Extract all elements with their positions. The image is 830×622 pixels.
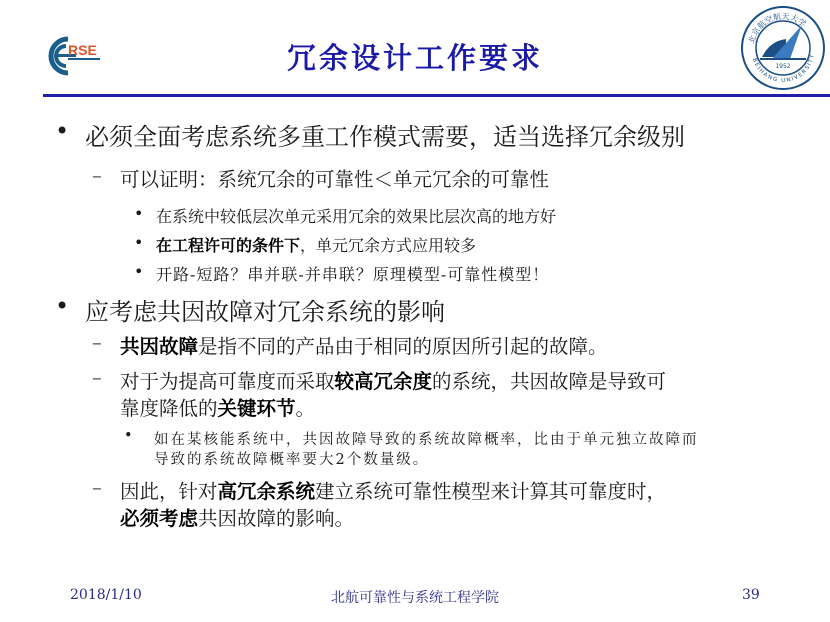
example-bullet: • 如在某核能系统中，共因故障导致的系统故障概率，比由于单元独立故障而	[124, 428, 699, 449]
sub-bullet: – 因此，针对高冗余系统建立系统可靠性模型来计算其可靠度时，	[92, 476, 666, 504]
bullet-level1: • 应考虑共因故障对冗余系统的影响	[55, 292, 445, 327]
sub-sub-bullet: • 在工程许可的条件下，单元冗余方式应用较多	[134, 233, 476, 256]
emphasis-text: 关键环节	[218, 397, 296, 420]
text-span: 因此，针对	[120, 480, 218, 503]
example-text: 如在某核能系统中，共因故障导致的系统故障概率，比由于单元独立故障而	[154, 432, 699, 448]
emphasis-text: 较高冗余度	[335, 370, 433, 393]
page-number: 39	[742, 587, 760, 603]
dash-marker: –	[92, 476, 102, 499]
sub-bullet-continuation: 靠度降低的关键环节。	[120, 393, 315, 421]
bullet-marker: •	[134, 233, 143, 252]
sub-bullet: – 对于为提高可靠度而采取较高冗余度的系统，共因故障是导致可	[92, 366, 666, 394]
slide-title: 冗余设计工作要求	[0, 36, 830, 77]
sub-bullet-continuation: 必须考虑共因故障的影响。	[120, 503, 354, 531]
svg-text:1952: 1952	[775, 63, 790, 70]
sub-sub-bullet: • 在系统中较低层次单元采用冗余的效果比层次高的地方好	[134, 204, 556, 227]
text-span: 对于为提高可靠度而采取	[120, 370, 335, 393]
bullet-level1: • 必须全面考虑系统多重工作模式需要，适当选择冗余级别	[55, 117, 685, 152]
item-text: 开路-短路？串并联-并串联？原理模型-可靠性模型！	[156, 265, 549, 284]
text-span: 的系统，共因故障是导致可	[432, 370, 666, 393]
bullet-text: 应考虑共因故障对冗余系统的影响	[85, 298, 445, 326]
sub-bullet: – 共因故障是指不同的产品由于相同的原因所引起的故障。	[92, 331, 608, 359]
sub-bullet-text: 是指不同的产品由于相同的原因所引起的故障。	[198, 335, 608, 358]
sub-bullet-text: 可以证明：系统冗余的可靠性＜单元冗余的可靠性	[120, 168, 549, 191]
emphasis-text: 在工程许可的条件下	[156, 236, 300, 255]
emphasis-text: 共因故障	[120, 335, 198, 358]
buaa-emblem-icon: 1952 北京航空航天大学 BEIHANG UNIVERSITY	[740, 5, 826, 91]
text-span: 靠度降低的	[120, 397, 218, 420]
item-text: 在系统中较低层次单元采用冗余的效果比层次高的地方好	[156, 207, 556, 226]
dash-marker: –	[92, 366, 102, 389]
title-divider	[43, 94, 830, 97]
sub-bullet: – 可以证明：系统冗余的可靠性＜单元冗余的可靠性	[92, 164, 549, 192]
dash-marker: –	[92, 331, 102, 354]
sub-sub-bullet: • 开路-短路？串并联-并串联？原理模型-可靠性模型！	[134, 262, 549, 285]
text-span: 。	[296, 397, 316, 420]
text-span: 建立系统可靠性模型来计算其可靠度时，	[315, 480, 666, 503]
bullet-text: 必须全面考虑系统多重工作模式需要，适当选择冗余级别	[85, 123, 685, 151]
bullet-marker: •	[55, 117, 69, 145]
example-continuation: 导致的系统故障概率要大2个数量级。	[154, 448, 429, 469]
bullet-marker: •	[55, 292, 69, 320]
bullet-marker: •	[134, 262, 144, 281]
bullet-marker: •	[124, 428, 135, 444]
emphasis-text: 高冗余系统	[218, 480, 316, 503]
bullet-marker: •	[134, 204, 143, 223]
text-span: 共因故障的影响。	[198, 507, 354, 530]
item-text: ，单元冗余方式应用较多	[300, 236, 476, 255]
dash-marker: –	[92, 164, 102, 187]
example-text: 导致的系统故障概率要大2个数量级。	[154, 452, 429, 468]
footer-org: 北航可靠性与系统工程学院	[0, 587, 830, 607]
emphasis-text: 必须考虑	[120, 507, 198, 530]
